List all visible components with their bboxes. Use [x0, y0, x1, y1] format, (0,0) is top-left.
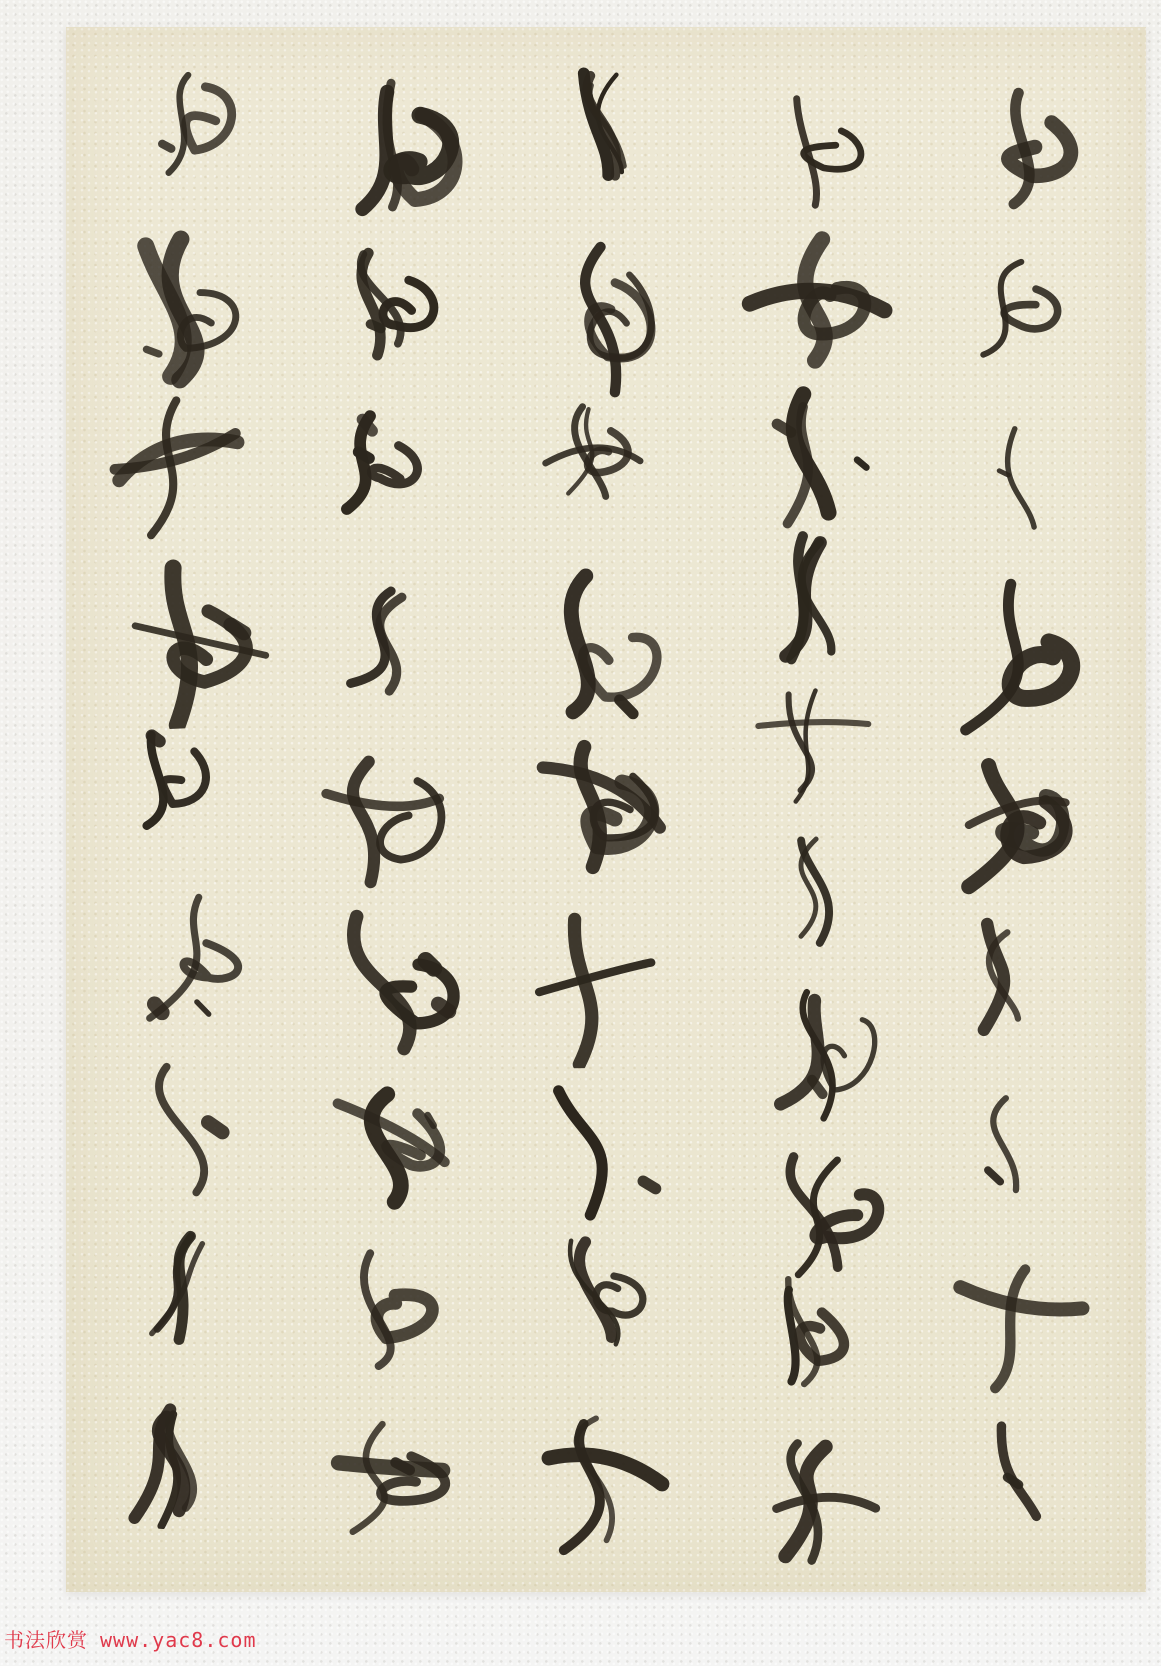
calligraphy-character — [501, 557, 694, 750]
calligraphy-character — [101, 554, 278, 731]
calligraphy-character — [101, 221, 281, 401]
watermark-url: www.yac8.com — [100, 1628, 257, 1652]
calligraphy-character — [960, 1411, 1090, 1541]
calligraphy-character — [746, 675, 885, 814]
calligraphy-character — [515, 227, 689, 401]
calligraphy-character — [947, 915, 1071, 1039]
calligraphy-character — [121, 887, 272, 1038]
calligraphy-character — [752, 821, 885, 954]
calligraphy-character — [551, 63, 673, 185]
calligraphy-character — [750, 1422, 897, 1569]
calligraphy-character — [754, 525, 897, 668]
calligraphy-character — [525, 726, 689, 890]
calligraphy-character — [303, 733, 477, 907]
calligraphy-character — [751, 969, 913, 1131]
calligraphy-character — [951, 238, 1089, 376]
calligraphy-character — [110, 717, 237, 844]
calligraphy-character — [305, 1230, 470, 1395]
calligraphy-character — [930, 568, 1115, 753]
calligraphy-character — [322, 568, 468, 714]
calligraphy-character — [107, 1052, 280, 1225]
calligraphy-character — [308, 893, 488, 1073]
calligraphy-character — [942, 74, 1103, 235]
calligraphy-character — [942, 749, 1091, 898]
calligraphy-character — [329, 237, 454, 362]
calligraphy-character — [738, 378, 900, 540]
calligraphy-character — [954, 1077, 1091, 1214]
calligraphy-character — [739, 224, 899, 384]
calligraphy-character — [306, 1390, 478, 1562]
calligraphy-character — [108, 1394, 248, 1534]
calligraphy-character — [742, 1268, 876, 1402]
calligraphy-character — [320, 402, 447, 529]
calligraphy-character — [744, 78, 893, 227]
calligraphy-character — [313, 65, 489, 241]
calligraphy-character — [516, 1056, 687, 1227]
calligraphy-character — [537, 392, 658, 513]
calligraphy-character — [947, 1249, 1101, 1403]
watermark: 书法欣赏www.yac8.com — [4, 1627, 257, 1653]
calligraphy-character — [129, 50, 261, 182]
calligraphy-character — [749, 1131, 915, 1297]
calligraphy-character — [537, 1222, 674, 1359]
photo-background: 书法欣赏www.yac8.com — [0, 0, 1161, 1666]
calligraphy-character — [519, 902, 685, 1068]
calligraphy-character — [515, 1388, 686, 1559]
calligraphy-character — [95, 389, 254, 548]
calligraphy-paper — [66, 27, 1146, 1592]
calligraphy-character — [317, 1064, 478, 1225]
calligraphy-character — [128, 1223, 261, 1356]
watermark-site-name: 书法欣赏 — [4, 1628, 88, 1652]
calligraphy-character — [959, 415, 1090, 546]
